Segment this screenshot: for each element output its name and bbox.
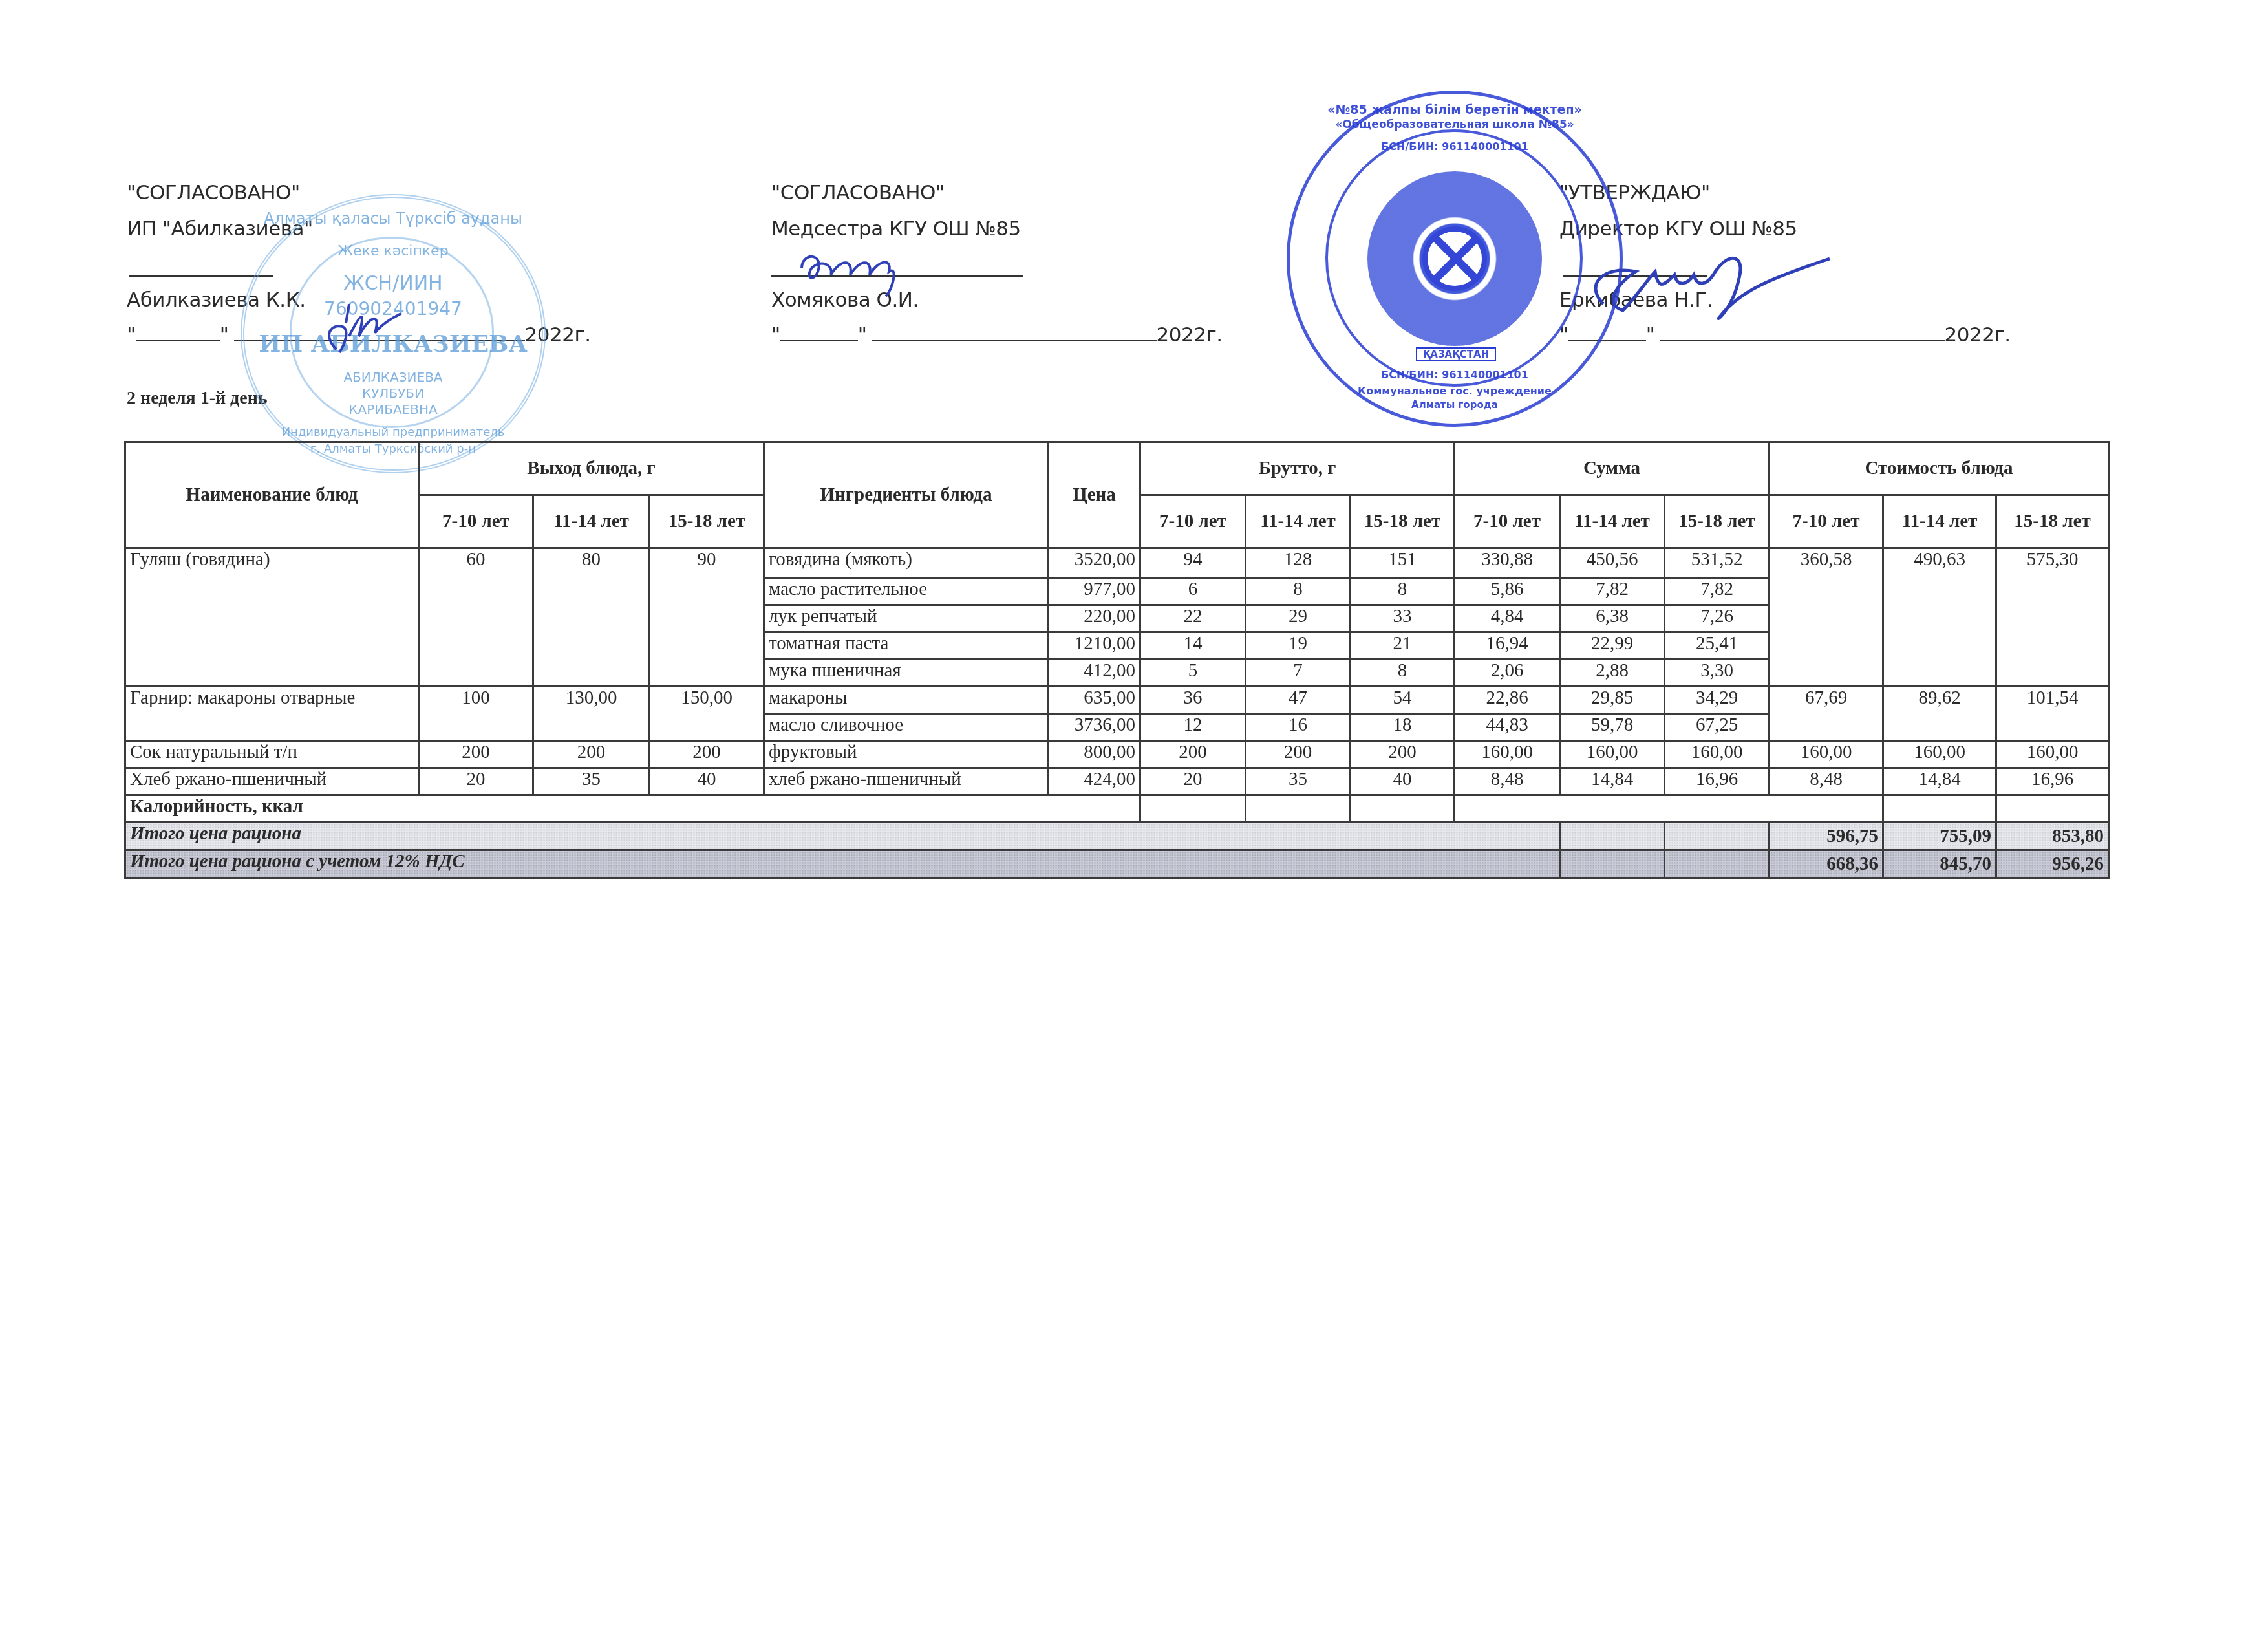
ingredient-sum: 22,86 (1455, 687, 1560, 714)
dish-yield: 40 (650, 768, 764, 795)
header-yield-age-3: 15-18 лет (650, 495, 764, 548)
header-cost-age-2: 11-14 лет (1883, 495, 1996, 548)
ingredient-sum: 29,85 (1560, 687, 1665, 714)
dish-yield: 100 (419, 687, 533, 741)
dish-name: Гуляш (говядина) (125, 548, 419, 687)
ingredient-brutto: 19 (1246, 632, 1351, 660)
ingredient-brutto: 33 (1351, 605, 1455, 632)
ingredient-sum: 7,82 (1665, 578, 1770, 605)
ingredient-sum: 4,84 (1455, 605, 1560, 632)
stamp-text: БСН/БИН: 961140001101 (1290, 369, 1620, 381)
ingredient-price: 977,00 (1049, 578, 1140, 605)
total-row: Итого цена рациона с учетом 12% НДС668,3… (125, 850, 2109, 878)
approval-signatory-name: Абилказиева К.К. (127, 288, 306, 312)
ingredient-brutto: 20 (1140, 768, 1246, 795)
ingredient-sum: 5,86 (1455, 578, 1560, 605)
ingredient-name: фруктовый (764, 741, 1049, 768)
table-row: Сок натуральный т/п200200200фруктовый800… (125, 741, 2109, 768)
ingredient-name: масло растительное (764, 578, 1049, 605)
stamp-text: АБИЛКАЗИЕВА (244, 369, 542, 385)
approval-organization: Директор КГУ ОШ №85 (1559, 217, 1797, 241)
ingredient-brutto: 8 (1351, 660, 1455, 687)
ingredient-sum: 7,26 (1665, 605, 1770, 632)
header-cost: Стоимость блюда (1770, 442, 2109, 495)
ingredient-name: говядина (мякоть) (764, 548, 1049, 578)
calories-cell (1883, 795, 1996, 823)
signature-line (771, 275, 1023, 277)
ingredient-name: масло сливочное (764, 714, 1049, 741)
header-sum: Сумма (1455, 442, 1770, 495)
dish-yield: 60 (419, 548, 533, 687)
dish-cost: 490,63 (1883, 548, 1996, 687)
header-yield-age-2: 11-14 лет (533, 495, 650, 548)
total-label: Итого цена рациона (125, 823, 1560, 850)
calories-row: Калорийность, ккал (125, 795, 2109, 823)
approval-date: ""2022г. (127, 323, 591, 347)
calories-cell (1351, 795, 1455, 823)
approval-date: ""2022г. (1559, 323, 2011, 347)
approval-status: "СОГЛАСОВАНО" (127, 181, 300, 204)
calories-cell (1455, 795, 1883, 823)
ingredient-brutto: 12 (1140, 714, 1246, 741)
ingredient-brutto: 14 (1140, 632, 1246, 660)
calories-cell (1996, 795, 2109, 823)
total-value: 755,09 (1883, 823, 1996, 850)
ingredient-brutto: 128 (1246, 548, 1351, 578)
stamp-text: «Общеобразовательная школа №85» (1290, 118, 1620, 131)
header-yield-age-1: 7-10 лет (419, 495, 533, 548)
ingredient-brutto: 16 (1246, 714, 1351, 741)
total-empty-cell (1665, 823, 1770, 850)
total-value: 853,80 (1996, 823, 2109, 850)
header-brutto-age-2: 11-14 лет (1246, 495, 1351, 548)
total-value: 668,36 (1770, 850, 1883, 878)
header-cost-age-3: 15-18 лет (1996, 495, 2109, 548)
total-value: 956,26 (1996, 850, 2109, 878)
calories-cell (1246, 795, 1351, 823)
approval-year: 2022г. (1945, 323, 2011, 347)
shanyrak-icon (1422, 226, 1487, 291)
ingredient-brutto: 29 (1246, 605, 1351, 632)
dish-cost: 101,54 (1996, 687, 2109, 741)
dish-cost: 8,48 (1770, 768, 1883, 795)
ingredient-brutto: 8 (1246, 578, 1351, 605)
total-empty-cell (1560, 850, 1665, 878)
approval-status: "УТВЕРЖДАЮ" (1559, 181, 1710, 204)
ingredient-sum: 14,84 (1560, 768, 1665, 795)
ingredient-brutto: 47 (1246, 687, 1351, 714)
ingredient-brutto: 8 (1351, 578, 1455, 605)
ingredient-sum: 160,00 (1560, 741, 1665, 768)
ingredient-brutto: 6 (1140, 578, 1246, 605)
ingredient-brutto: 40 (1351, 768, 1455, 795)
ingredient-sum: 7,82 (1560, 578, 1665, 605)
ingredient-sum: 160,00 (1665, 741, 1770, 768)
stamp-text: «№85 жалпы білім беретін мектеп» (1290, 103, 1620, 117)
ingredient-brutto: 54 (1351, 687, 1455, 714)
approval-year: 2022г. (1157, 323, 1223, 347)
ingredient-sum: 330,88 (1455, 548, 1560, 578)
stamp-text: Жеке кәсіпкер (244, 243, 542, 259)
ingredient-brutto: 200 (1246, 741, 1351, 768)
signature-line (129, 275, 273, 277)
dish-yield: 35 (533, 768, 650, 795)
ingredient-name: томатная паста (764, 632, 1049, 660)
signature-line (1563, 275, 1707, 277)
table-row: Гуляш (говядина)608090говядина (мякоть)3… (125, 548, 2109, 578)
dish-name: Сок натуральный т/п (125, 741, 419, 768)
ingredient-sum: 8,48 (1455, 768, 1560, 795)
stamp-text: КАРИБАЕВНА (244, 402, 542, 417)
total-label: Итого цена рациона с учетом 12% НДС (125, 850, 1560, 878)
approval-signatory-name: Еркибаева Н.Г. (1559, 288, 1713, 312)
ingredient-price: 412,00 (1049, 660, 1140, 687)
ingredient-price: 3520,00 (1049, 548, 1140, 578)
ingredient-brutto: 94 (1140, 548, 1246, 578)
stamp-text: Индивидуальный предприниматель (244, 426, 542, 439)
ingredient-price: 3736,00 (1049, 714, 1140, 741)
header-brutto-age-3: 15-18 лет (1351, 495, 1455, 548)
approval-organization: Медсестра КГУ ОШ №85 (771, 217, 1021, 241)
total-empty-cell (1665, 850, 1770, 878)
ingredient-brutto: 151 (1351, 548, 1455, 578)
dish-yield: 20 (419, 768, 533, 795)
ingredient-price: 635,00 (1049, 687, 1140, 714)
header-dish-name: Наименование блюд (125, 442, 419, 548)
dish-yield: 200 (533, 741, 650, 768)
ingredient-price: 800,00 (1049, 741, 1140, 768)
dish-yield: 80 (533, 548, 650, 687)
dish-yield: 150,00 (650, 687, 764, 741)
stamp-text: БСН/БИН: 961140001101 (1290, 140, 1620, 153)
stamp-text: ҚАЗАҚСТАН (1416, 347, 1496, 361)
ingredient-brutto: 18 (1351, 714, 1455, 741)
ingredient-brutto: 36 (1140, 687, 1246, 714)
total-empty-cell (1560, 823, 1665, 850)
ingredient-brutto: 21 (1351, 632, 1455, 660)
stamp-text: Коммунальное гос. учреждение (1290, 385, 1620, 397)
dish-yield: 200 (650, 741, 764, 768)
signature-director (1578, 239, 1836, 330)
ingredient-name: лук репчатый (764, 605, 1049, 632)
ingredient-sum: 22,99 (1560, 632, 1665, 660)
stamp-text: Алматы города (1290, 399, 1620, 411)
week-day-label: 2 неделя 1-й день (127, 388, 268, 409)
calories-label: Калорийность, ккал (125, 795, 1140, 823)
ingredient-brutto: 35 (1246, 768, 1351, 795)
approval-organization: ИП "Абилказиева" (127, 217, 313, 241)
ingredient-sum: 16,94 (1455, 632, 1560, 660)
dish-cost: 160,00 (1770, 741, 1883, 768)
approval-signatory-name: Хомякова О.И. (771, 288, 919, 312)
header-price: Цена (1049, 442, 1140, 548)
ingredient-sum: 67,25 (1665, 714, 1770, 741)
ingredient-sum: 25,41 (1665, 632, 1770, 660)
dish-yield: 90 (650, 548, 764, 687)
stamp-inner-ring (1325, 129, 1583, 387)
header-yield: Выход блюда, г (419, 442, 764, 495)
table-row: Хлеб ржано-пшеничный203540хлеб ржано-пше… (125, 768, 2109, 795)
header-sum-age-1: 7-10 лет (1455, 495, 1560, 548)
dish-yield: 200 (419, 741, 533, 768)
ingredient-sum: 531,52 (1665, 548, 1770, 578)
dish-cost: 89,62 (1883, 687, 1996, 741)
header-brutto-age-1: 7-10 лет (1140, 495, 1246, 548)
dish-cost: 16,96 (1996, 768, 2109, 795)
ingredient-sum: 3,30 (1665, 660, 1770, 687)
stamp-text: КУЛБУБИ (244, 385, 542, 401)
ingredient-sum: 2,88 (1560, 660, 1665, 687)
ingredient-name: хлеб ржано-пшеничный (764, 768, 1049, 795)
dish-cost: 160,00 (1883, 741, 1996, 768)
ingredient-sum: 2,06 (1455, 660, 1560, 687)
approval-date: ""2022г. (771, 323, 1223, 347)
ingredient-price: 220,00 (1049, 605, 1140, 632)
ingredient-price: 424,00 (1049, 768, 1140, 795)
header-brutto: Брутто, г (1140, 442, 1455, 495)
total-value: 845,70 (1883, 850, 1996, 878)
header-ingredients: Ингредиенты блюда (764, 442, 1049, 548)
ingredient-sum: 59,78 (1560, 714, 1665, 741)
ingredient-sum: 450,56 (1560, 548, 1665, 578)
ingredient-name: макароны (764, 687, 1049, 714)
total-row: Итого цена рациона596,75755,09853,80 (125, 823, 2109, 850)
approval-year: 2022г. (525, 323, 591, 347)
dish-cost: 360,58 (1770, 548, 1883, 687)
header-cost-age-1: 7-10 лет (1770, 495, 1883, 548)
total-value: 596,75 (1770, 823, 1883, 850)
ingredient-sum: 160,00 (1455, 741, 1560, 768)
dish-cost: 67,69 (1770, 687, 1883, 741)
ingredient-sum: 44,83 (1455, 714, 1560, 741)
menu-cost-table: Наименование блюд Выход блюда, г Ингреди… (124, 441, 2110, 879)
dish-cost: 14,84 (1883, 768, 1996, 795)
ingredient-sum: 16,96 (1665, 768, 1770, 795)
ingredient-brutto: 200 (1140, 741, 1246, 768)
header-sum-age-2: 11-14 лет (1560, 495, 1665, 548)
dish-cost: 160,00 (1996, 741, 2109, 768)
school-stamp: «№85 жалпы білім беретін мектеп» «Общеоб… (1287, 91, 1623, 427)
dish-cost: 575,30 (1996, 548, 2109, 687)
ingredient-brutto: 22 (1140, 605, 1246, 632)
ingredient-price: 1210,00 (1049, 632, 1140, 660)
ingredient-brutto: 7 (1246, 660, 1351, 687)
ingredient-brutto: 5 (1140, 660, 1246, 687)
dish-yield: 130,00 (533, 687, 650, 741)
table-row: Гарнир: макароны отварные100130,00150,00… (125, 687, 2109, 714)
coat-of-arms-emblem (1367, 171, 1542, 346)
header-sum-age-3: 15-18 лет (1665, 495, 1770, 548)
ingredient-sum: 6,38 (1560, 605, 1665, 632)
ingredient-name: мука пшеничная (764, 660, 1049, 687)
calories-cell (1140, 795, 1246, 823)
ingredient-sum: 34,29 (1665, 687, 1770, 714)
approval-status: "СОГЛАСОВАНО" (771, 181, 945, 204)
dish-name: Гарнир: макароны отварные (125, 687, 419, 741)
dish-name: Хлеб ржано-пшеничный (125, 768, 419, 795)
ingredient-brutto: 200 (1351, 741, 1455, 768)
